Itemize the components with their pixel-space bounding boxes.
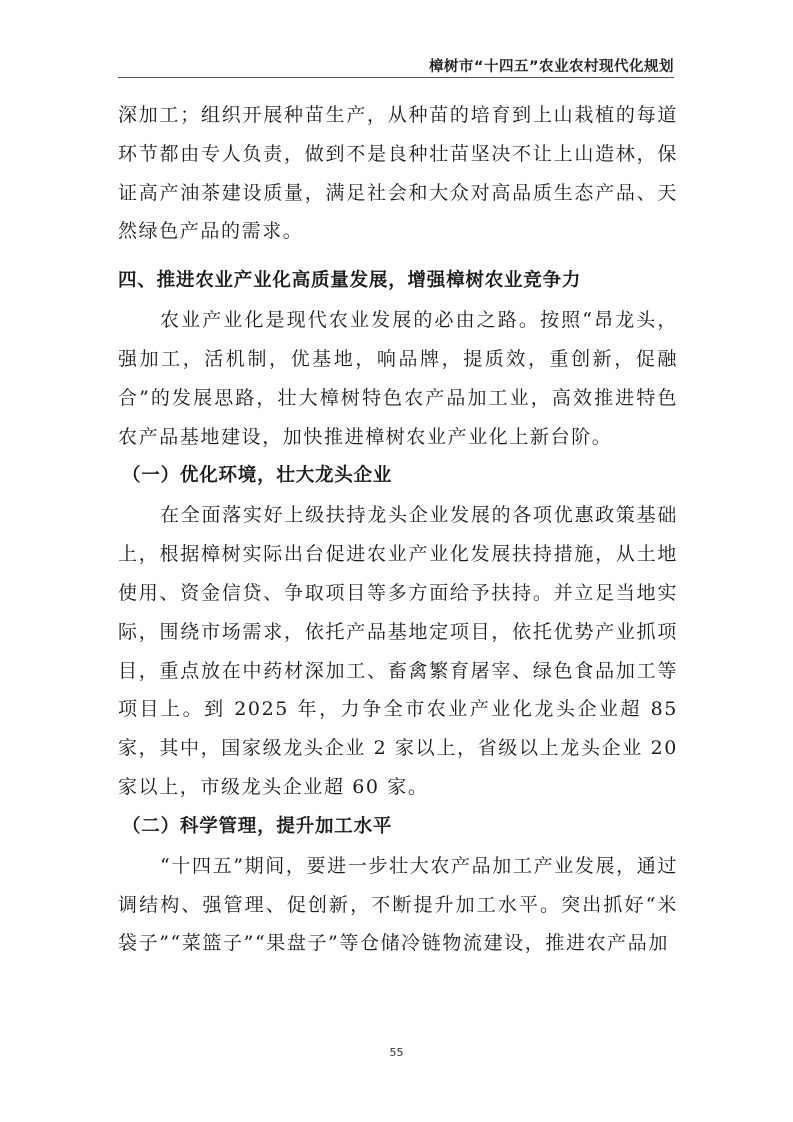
section-intro-paragraph: 农业产业化是现代农业发展的必由之路。按照“昂龙头，强加工，活机制，优基地，响品牌… [118,301,678,456]
section-heading: 四、推进农业产业化高质量发展，增强樟树农业竞争力 [118,261,678,301]
continued-paragraph: 深加工；组织开展种苗生产，从种苗的培育到上山栽植的每道环节都由专人负责，做到不是… [118,96,678,251]
subsection-paragraph-2: “十四五”期间，要进一步壮大农产品加工产业发展，通过调结构、强管理、促创新，不断… [118,847,678,963]
page-content: 深加工；组织开展种苗生产，从种苗的培育到上山栽植的每道环节都由专人负责，做到不是… [118,96,678,963]
subsection-heading-1: （一）优化环境，壮大龙头企业 [122,456,678,496]
page-number: 55 [0,1046,793,1059]
document-title: 樟树市“十四五”农业农村现代化规划 [429,55,674,76]
page-header: 樟树市“十四五”农业农村现代化规划 [118,47,674,78]
subsection-paragraph-1: 在全面落实好上级扶持龙头企业发展的各项优惠政策基础上，根据樟树实际出台促进农业产… [118,496,678,806]
subsection-heading-2: （二）科学管理，提升加工水平 [122,807,678,847]
